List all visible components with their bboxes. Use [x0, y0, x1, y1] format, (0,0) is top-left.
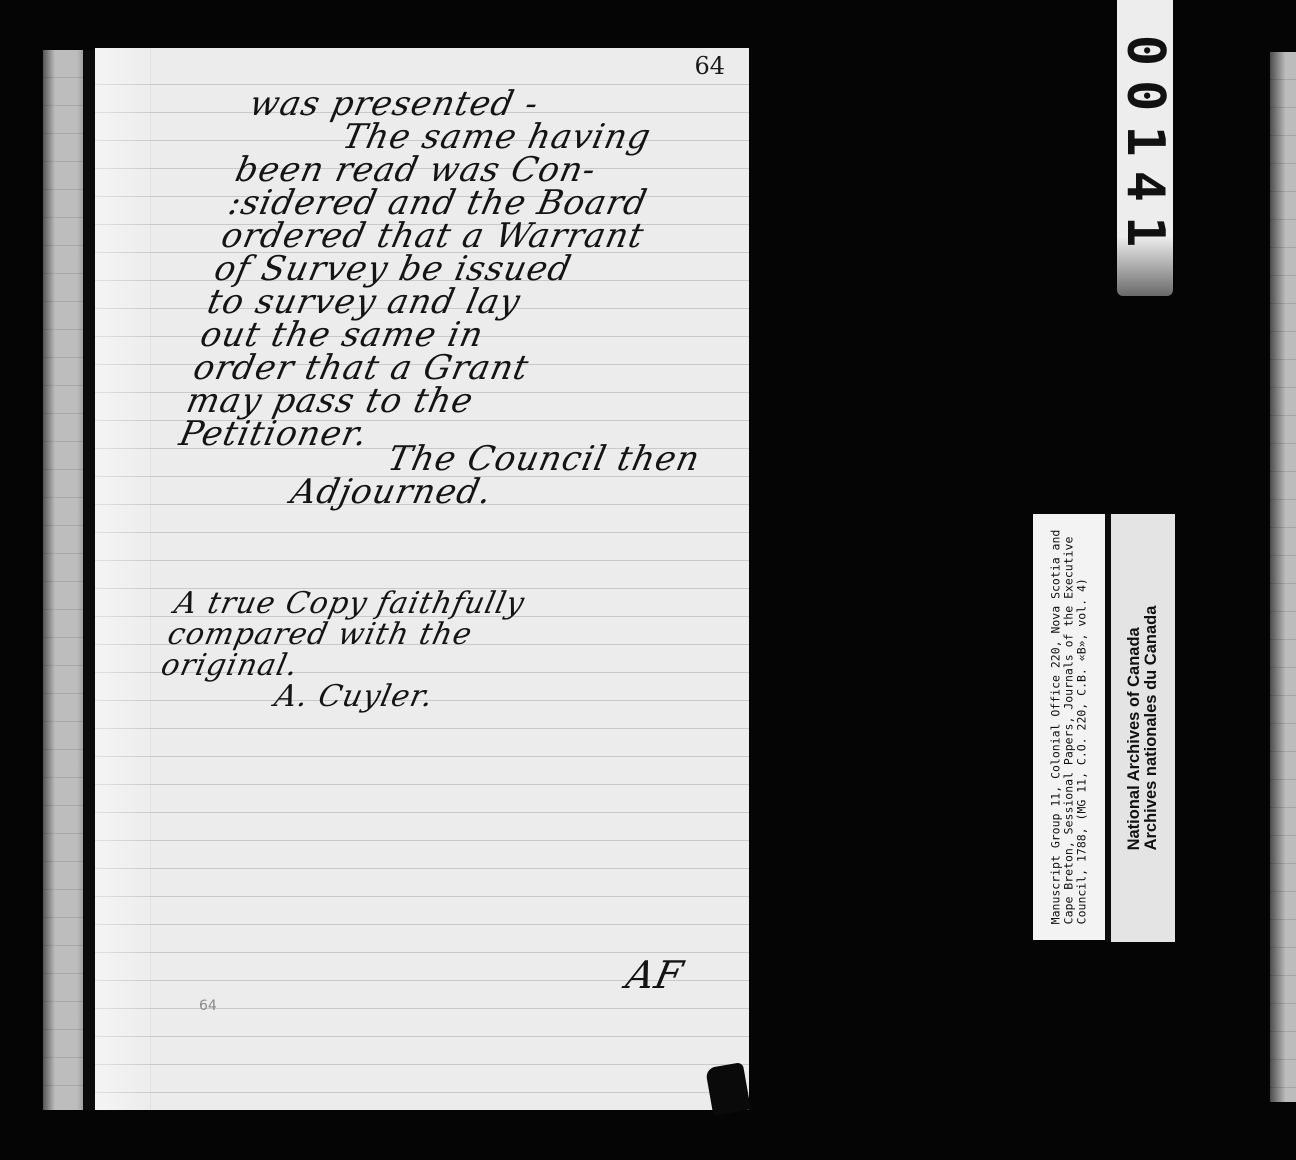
initials-mark: AF — [622, 953, 687, 997]
minutes-body: was presented - The same having been rea… — [176, 88, 675, 451]
archive-name-fr: Archives nationales du Canada — [1143, 606, 1160, 851]
archive-name-en: National Archives of Canada — [1126, 606, 1143, 851]
archive-label: National Archives of Canada Archives nat… — [1111, 514, 1175, 942]
manuscript-page: 64 was presented - The same having been … — [95, 48, 749, 1110]
page-number: 64 — [694, 52, 725, 80]
frame-number: 00141 — [1115, 35, 1175, 262]
catalog-citation: Manuscript Group 11, Colonial Office 220… — [1050, 530, 1089, 925]
signature: A. Cuyler. — [152, 681, 508, 712]
handwritten-line: A true Copy faithfully — [172, 588, 528, 619]
facing-page-edge — [43, 50, 83, 1110]
next-page-edge — [1270, 52, 1296, 1102]
handwritten-line: compared with the — [165, 619, 521, 650]
page-clip — [705, 1062, 751, 1116]
catalog-line: Council, 1788, (MG 11, C.O. 220, C.B. «B… — [1076, 530, 1089, 925]
attestation: A true Copy faithfully compared with the… — [152, 588, 528, 712]
handwritten-line: original. — [158, 650, 514, 681]
catalog-label: Manuscript Group 11, Colonial Office 220… — [1033, 514, 1105, 940]
pencil-folio-number: 64 — [199, 998, 217, 1014]
book-gutter — [83, 50, 95, 1110]
archive-name: National Archives of Canada Archives nat… — [1126, 606, 1160, 851]
adjournment-note: The Council then Adjourned. — [288, 443, 703, 509]
microfilm-frame-counter: 00141 — [1117, 0, 1173, 296]
handwritten-line: Adjourned. — [288, 476, 696, 509]
